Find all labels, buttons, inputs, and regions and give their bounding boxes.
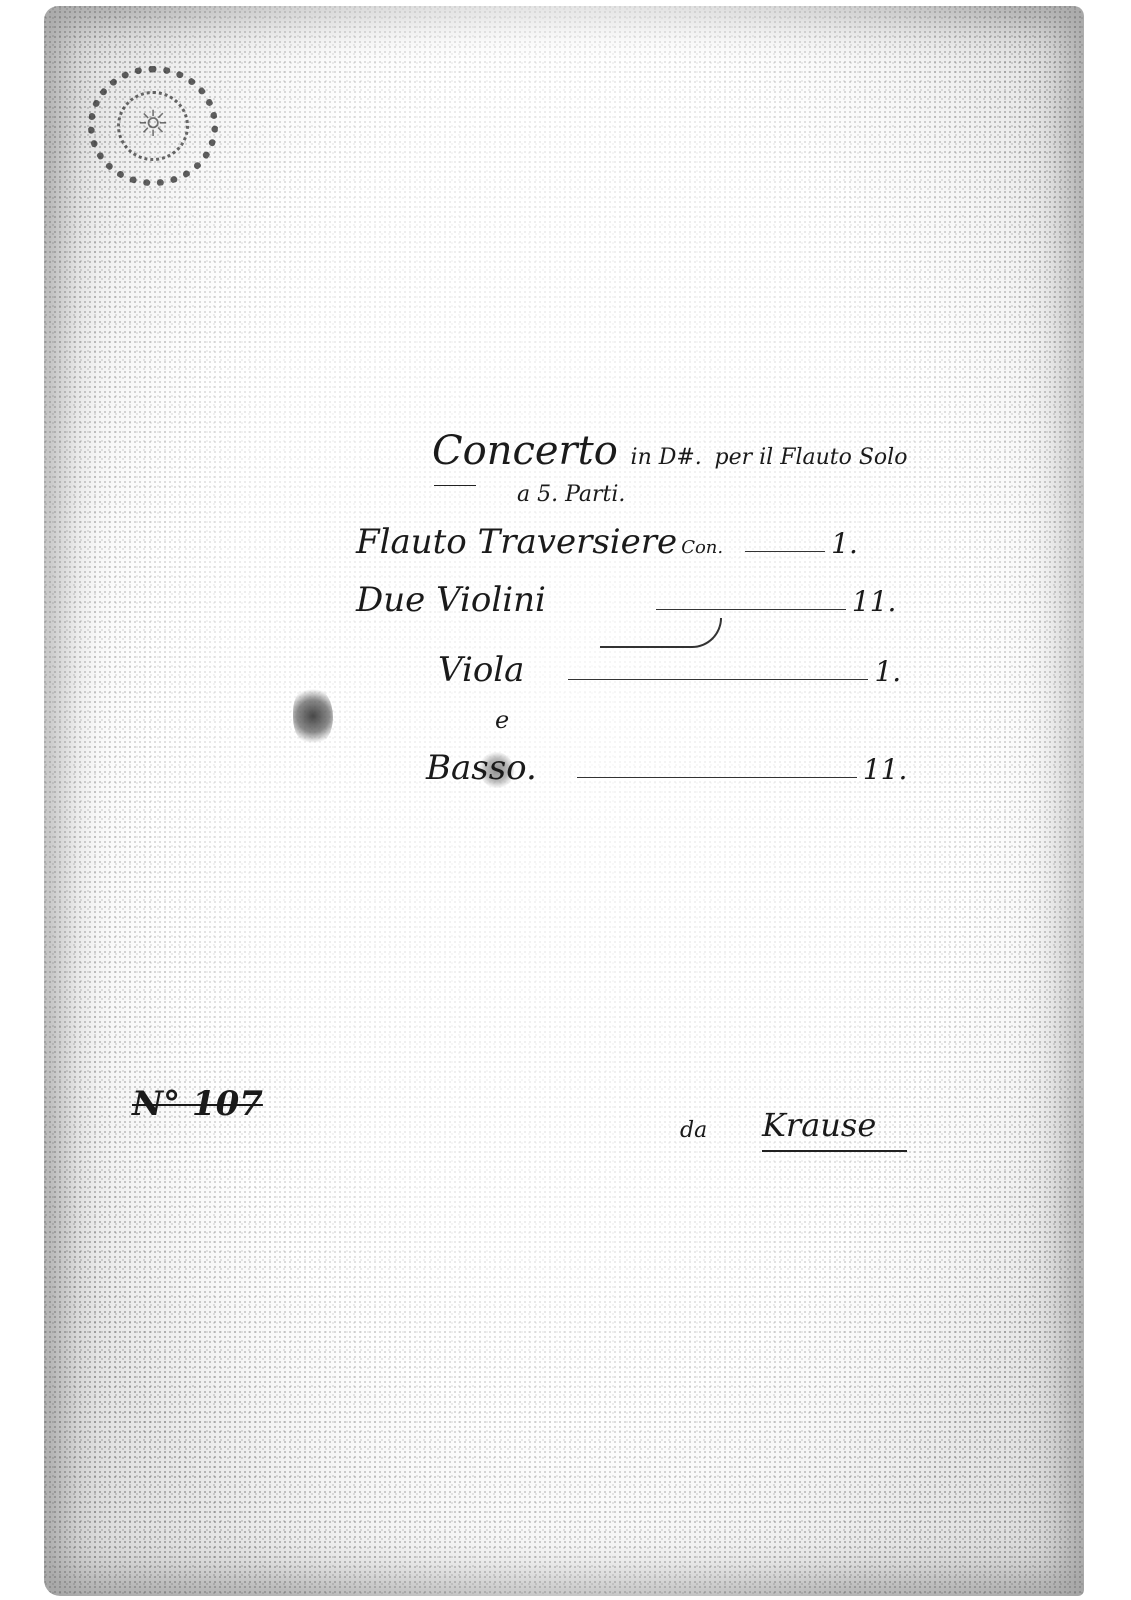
part-count: 11. [852, 585, 897, 618]
part-row-violins: Due Violini 11. [356, 580, 896, 620]
composer-underline [762, 1150, 907, 1152]
leader-line [656, 609, 846, 610]
part-name: Basso. [426, 748, 537, 788]
stamp-inner-ring: ☼ [117, 91, 189, 161]
ink-blot [293, 686, 333, 746]
composer-prefix: da [680, 1118, 707, 1143]
part-count: 1. [831, 527, 858, 560]
conjunction-e: e [495, 706, 509, 734]
part-count: 11. [863, 753, 908, 786]
stamp-emblem-icon: ☼ [120, 104, 186, 145]
title-dedication: per il Flauto Solo [715, 445, 908, 470]
title-line: Concerto in D#. per il Flauto Solo [432, 428, 907, 474]
catalog-number: N° 107 [132, 1084, 263, 1124]
title-subtitle: a 5. Parti. [517, 482, 625, 507]
composer-name: Krause [762, 1106, 876, 1144]
title-underline [434, 485, 476, 486]
part-count: 1. [874, 655, 901, 688]
leader-line [745, 551, 825, 552]
manuscript-page [44, 6, 1084, 1596]
brace-mark [600, 618, 722, 648]
part-suffix: Con. [681, 537, 723, 558]
part-name: Due Violini [356, 580, 546, 620]
part-row-viola: Viola 1. [438, 650, 901, 690]
part-name: Viola [438, 650, 524, 690]
part-row-bass: Basso. 11. [426, 748, 907, 788]
part-name: Flauto Traversiere [356, 522, 677, 562]
part-row-flute: Flauto Traversiere Con. 1. [356, 522, 858, 562]
title-main: Concerto [432, 428, 618, 474]
library-stamp: ☼ [88, 66, 218, 186]
title-key: in D#. [631, 445, 702, 470]
leader-line [577, 777, 857, 778]
leader-line [568, 679, 868, 680]
